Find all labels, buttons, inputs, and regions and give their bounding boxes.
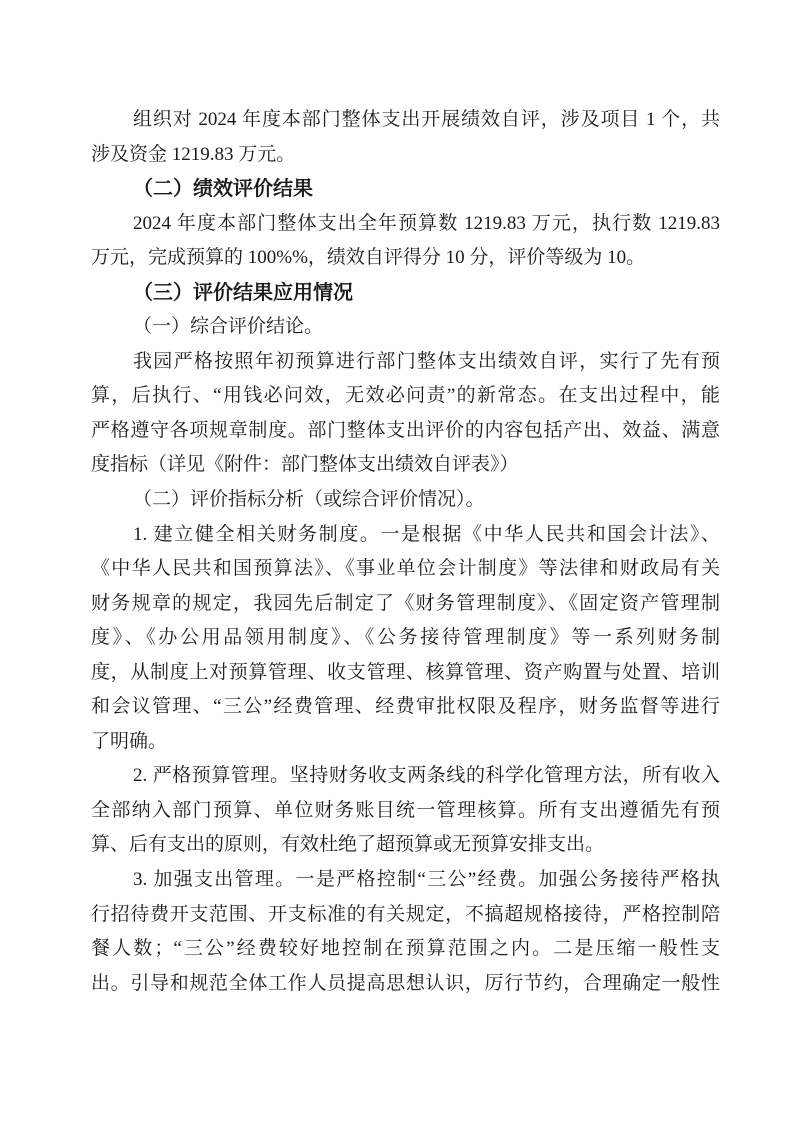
section-heading: （三）评价结果应用情况 — [91, 276, 720, 311]
text-line: 1. 建立健全相关财务制度。一是根据《中华人民共和国会计法》、 — [91, 518, 720, 553]
document-text-block: 组织对 2024 年度本部门整体支出开展绩效自评，涉及项目 1 个，共涉及资金 … — [91, 103, 720, 1001]
text-line: 度》、《办公用品领用制度》、《公务接待管理制度》等一系列财务制 — [91, 621, 720, 656]
text-line: 餐人数；“三公”经费较好地控制在预算范围之内。二是压缩一般性支 — [91, 932, 720, 967]
text-line: 度，从制度上对预算管理、收支管理、核算管理、资产购置与处置、培训 — [91, 656, 720, 691]
text-line: 严格遵守各项规章制度。部门整体支出评价的内容包括产出、效益、满意 — [91, 414, 720, 449]
text-line: 组织对 2024 年度本部门整体支出开展绩效自评，涉及项目 1 个，共 — [91, 103, 720, 138]
text-line: 3. 加强支出管理。一是严格控制“三公”经费。加强公务接待严格执 — [91, 863, 720, 898]
text-line: 算、后有支出的原则，有效杜绝了超预算或无预算安排支出。 — [91, 828, 720, 863]
text-line: 算，后执行、“用钱必问效，无效必问责”的新常态。在支出过程中，能 — [91, 379, 720, 414]
text-line: （二）评价指标分析（或综合评价情况）。 — [91, 483, 720, 518]
text-line: 和会议管理、“三公”经费管理、经费审批权限及程序，财务监督等进行 — [91, 690, 720, 725]
section-heading: （二）绩效评价结果 — [91, 172, 720, 207]
text-line: 2. 严格预算管理。坚持财务收支两条线的科学化管理方法，所有收入 — [91, 759, 720, 794]
text-line: 《中华人民共和国预算法》、《事业单位会计制度》等法律和财政局有关 — [91, 552, 720, 587]
text-line: 度指标（详见《附件：部门整体支出绩效自评表》） — [91, 448, 720, 483]
text-line: 全部纳入部门预算、单位财务账目统一管理核算。所有支出遵循先有预 — [91, 794, 720, 829]
text-line: 出。引导和规范全体工作人员提高思想认识，厉行节约，合理确定一般性 — [91, 967, 720, 1002]
text-line: 2024 年度本部门整体支出全年预算数 1219.83 万元，执行数 1219.… — [91, 207, 720, 242]
text-line: 财务规章的规定，我园先后制定了《财务管理制度》、《固定资产管理制 — [91, 587, 720, 622]
document-page: 组织对 2024 年度本部门整体支出开展绩效自评，涉及项目 1 个，共涉及资金 … — [0, 0, 793, 1122]
text-line: 我园严格按照年初预算进行部门整体支出绩效自评，实行了先有预 — [91, 345, 720, 380]
text-line: 行招待费开支范围、开支标准的有关规定，不搞超规格接待，严格控制陪 — [91, 898, 720, 933]
text-line: 涉及资金 1219.83 万元。 — [91, 138, 720, 173]
text-line: 了明确。 — [91, 725, 720, 760]
text-line: （一）综合评价结论。 — [91, 310, 720, 345]
text-line: 万元，完成预算的 100%%，绩效自评得分 10 分，评价等级为 10。 — [91, 241, 720, 276]
